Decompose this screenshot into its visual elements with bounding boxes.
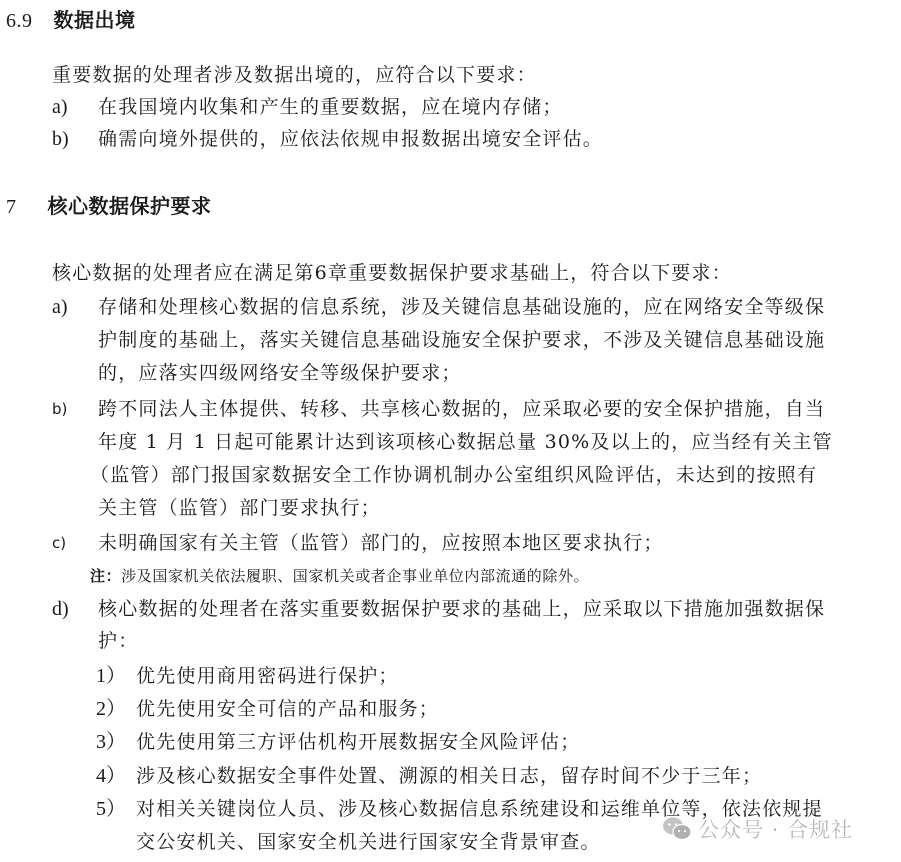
note-text: 涉及国家机关依法履职、国家机关或者企事业单位内部流通的除外。 bbox=[121, 567, 589, 585]
section-title: 数据出境 bbox=[53, 8, 135, 32]
measure-marker: 2） bbox=[96, 697, 126, 721]
list-marker: d) bbox=[52, 597, 69, 621]
list-item-text: 护制度的基础上，落实关键信息基础设施安全保护要求，不涉及关键信息基础设施 bbox=[98, 328, 825, 352]
measure-marker: 5） bbox=[96, 797, 126, 821]
list-marker: b) bbox=[52, 127, 69, 151]
measure-marker: 3） bbox=[96, 730, 126, 754]
section-number: 6.9 bbox=[6, 9, 46, 33]
list-item-text: 未明确国家有关主管（监管）部门的，应按照本地区要求执行； bbox=[98, 531, 664, 555]
section-7-intro: 核心数据的处理者应在满足第6章重要数据保护要求基础上，符合以下要求： bbox=[52, 261, 732, 285]
measure-marker: 1） bbox=[96, 664, 126, 688]
list-marker: a) bbox=[52, 295, 68, 319]
measure-text: 优先使用安全可信的产品和服务； bbox=[136, 697, 439, 721]
measure-marker: 4） bbox=[96, 764, 126, 788]
list-item-text: 年度 1 月 1 日起可能累计达到该项核心数据总量 30%及以上的，应当经有关主… bbox=[98, 430, 833, 454]
section-heading-7: 7 核心数据保护要求 bbox=[6, 194, 211, 219]
list-item-text: 存储和处理核心数据的信息系统，涉及关键信息基础设施的，应在网络安全等级保 bbox=[98, 295, 825, 319]
list-item-text: 核心数据的处理者在落实重要数据保护要求的基础上，应采取以下措施加强数据保 bbox=[98, 597, 825, 621]
section-heading-6-9: 6.9 数据出境 bbox=[6, 8, 135, 33]
wechat-icon bbox=[662, 816, 692, 842]
measure-text: 优先使用商用密码进行保护； bbox=[136, 664, 399, 688]
section-number: 7 bbox=[6, 195, 40, 219]
list-item-text: 关主管（监管）部门要求执行； bbox=[98, 496, 381, 520]
note: 注：涉及国家机关依法履职、国家机关或者企事业单位内部流通的除外。 bbox=[90, 566, 589, 586]
watermark-text: 公众号 · 合规社 bbox=[698, 814, 853, 844]
list-marker: c) bbox=[52, 531, 66, 555]
watermark: 公众号 · 合规社 bbox=[662, 812, 853, 846]
list-item-text: 的，应落实四级网络安全等级保护要求； bbox=[98, 361, 462, 385]
list-item-text: 跨不同法人主体提供、转移、共享核心数据的，应采取必要的安全保护措施，自当 bbox=[98, 397, 825, 421]
list-marker: b) bbox=[52, 397, 67, 421]
measure-text: 涉及核心数据安全事件处置、溯源的相关日志，留存时间不少于三年； bbox=[136, 764, 762, 788]
section-6-9-intro: 重要数据的处理者涉及数据出境的，应符合以下要求： bbox=[52, 63, 537, 87]
measure-text: 交公安机关、国家安全机关进行国家安全背景审查。 bbox=[136, 830, 601, 854]
list-item-text: 在我国境内收集和产生的重要数据，应在境内存储； bbox=[98, 95, 563, 119]
list-item-text: 护： bbox=[98, 629, 138, 653]
list-marker: a) bbox=[52, 95, 68, 119]
list-item-text: 确需向境外提供的，应依法依规申报数据出境安全评估。 bbox=[98, 127, 603, 151]
measure-text: 优先使用第三方评估机构开展数据安全风险评估； bbox=[136, 730, 580, 754]
note-label: 注： bbox=[90, 567, 121, 585]
section-title: 核心数据保护要求 bbox=[47, 194, 211, 218]
list-item-text: （监管）部门报国家数据安全工作协调机制办公室组织风险评估，未达到的按照有 bbox=[90, 463, 817, 487]
